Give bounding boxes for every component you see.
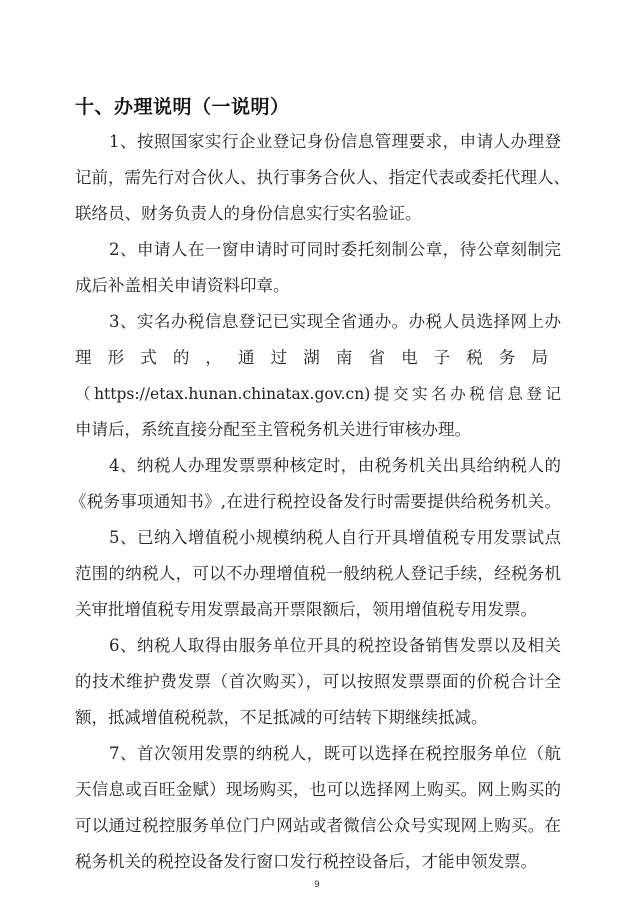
paragraph-7-line-3: 可以通过税控服务单位门户网站或者微信公众号实现网上购买。在	[75, 816, 561, 836]
paragraph-6-line-2: 的技术维护费发票（首次购买），可以按照发票票面的价税合计全	[75, 672, 561, 692]
paragraph-1-line-2: 记前，需先行对合伙人、执行事务合伙人、指定代表或委托代理人、	[75, 168, 561, 188]
paragraph-3-line-2: 理形式的，通过湖南省电子税务局	[75, 348, 561, 368]
paragraph-4-line-2: 《税务事项通知书》,在进行税控设备发行时需要提供给税务机关。	[70, 492, 561, 512]
paragraph-5-line-2: 范围的纳税人，可以不办理增值税一般纳税人登记手续，经税务机	[75, 564, 561, 584]
paragraph-3-line-3: （https://etax.hunan.chinatax.gov.cn)提交实名…	[75, 384, 561, 404]
section-heading: 十、办理说明（一说明）	[75, 92, 290, 119]
page-number: 9	[0, 880, 634, 890]
paragraph-1-line-3: 联络员、财务负责人的身份信息实行实名验证。	[75, 204, 561, 224]
paragraph-7-line-4: 税务机关的税控设备发行窗口发行税控设备后，才能申领发票。	[75, 852, 561, 872]
paragraph-4-line-1: 4、纳税人办理发票票种核定时，由税务机关出具给纳税人的	[109, 456, 561, 476]
paragraph-7-line-1: 7、首次领用发票的纳税人，既可以选择在税控服务单位（航	[109, 744, 561, 764]
document-page: 十、办理说明（一说明） 1、按照国家实行企业登记身份信息管理要求，申请人办理登 …	[0, 0, 634, 898]
paragraph-5-line-3: 关审批增值税专用发票最高开票限额后，领用增值税专用发票。	[75, 600, 561, 620]
paragraph-2-line-2: 成后补盖相关申请资料印章。	[75, 276, 561, 296]
paragraph-6-line-3: 额，抵减增值税税款，不足抵减的可结转下期继续抵减。	[75, 708, 561, 728]
paragraph-3-line-1: 3、实名办税信息登记已实现全省通办。办税人员选择网上办	[109, 312, 561, 332]
paragraph-3-line-4: 申请后，系统直接分配至主管税务机关进行审核办理。	[75, 420, 561, 440]
paragraph-5-line-1: 5、已纳入增值税小规模纳税人自行开具增值税专用发票试点	[109, 528, 561, 548]
paragraph-6-line-1: 6、纳税人取得由服务单位开具的税控设备销售发票以及相关	[109, 636, 561, 656]
paragraph-1-line-1: 1、按照国家实行企业登记身份信息管理要求，申请人办理登	[109, 132, 561, 152]
paragraph-7-line-2: 天信息或百旺金赋）现场购买，也可以选择网上购买。网上购买的	[75, 780, 561, 800]
paragraph-2-line-1: 2、申请人在一窗申请时可同时委托刻制公章，待公章刻制完	[109, 240, 561, 260]
